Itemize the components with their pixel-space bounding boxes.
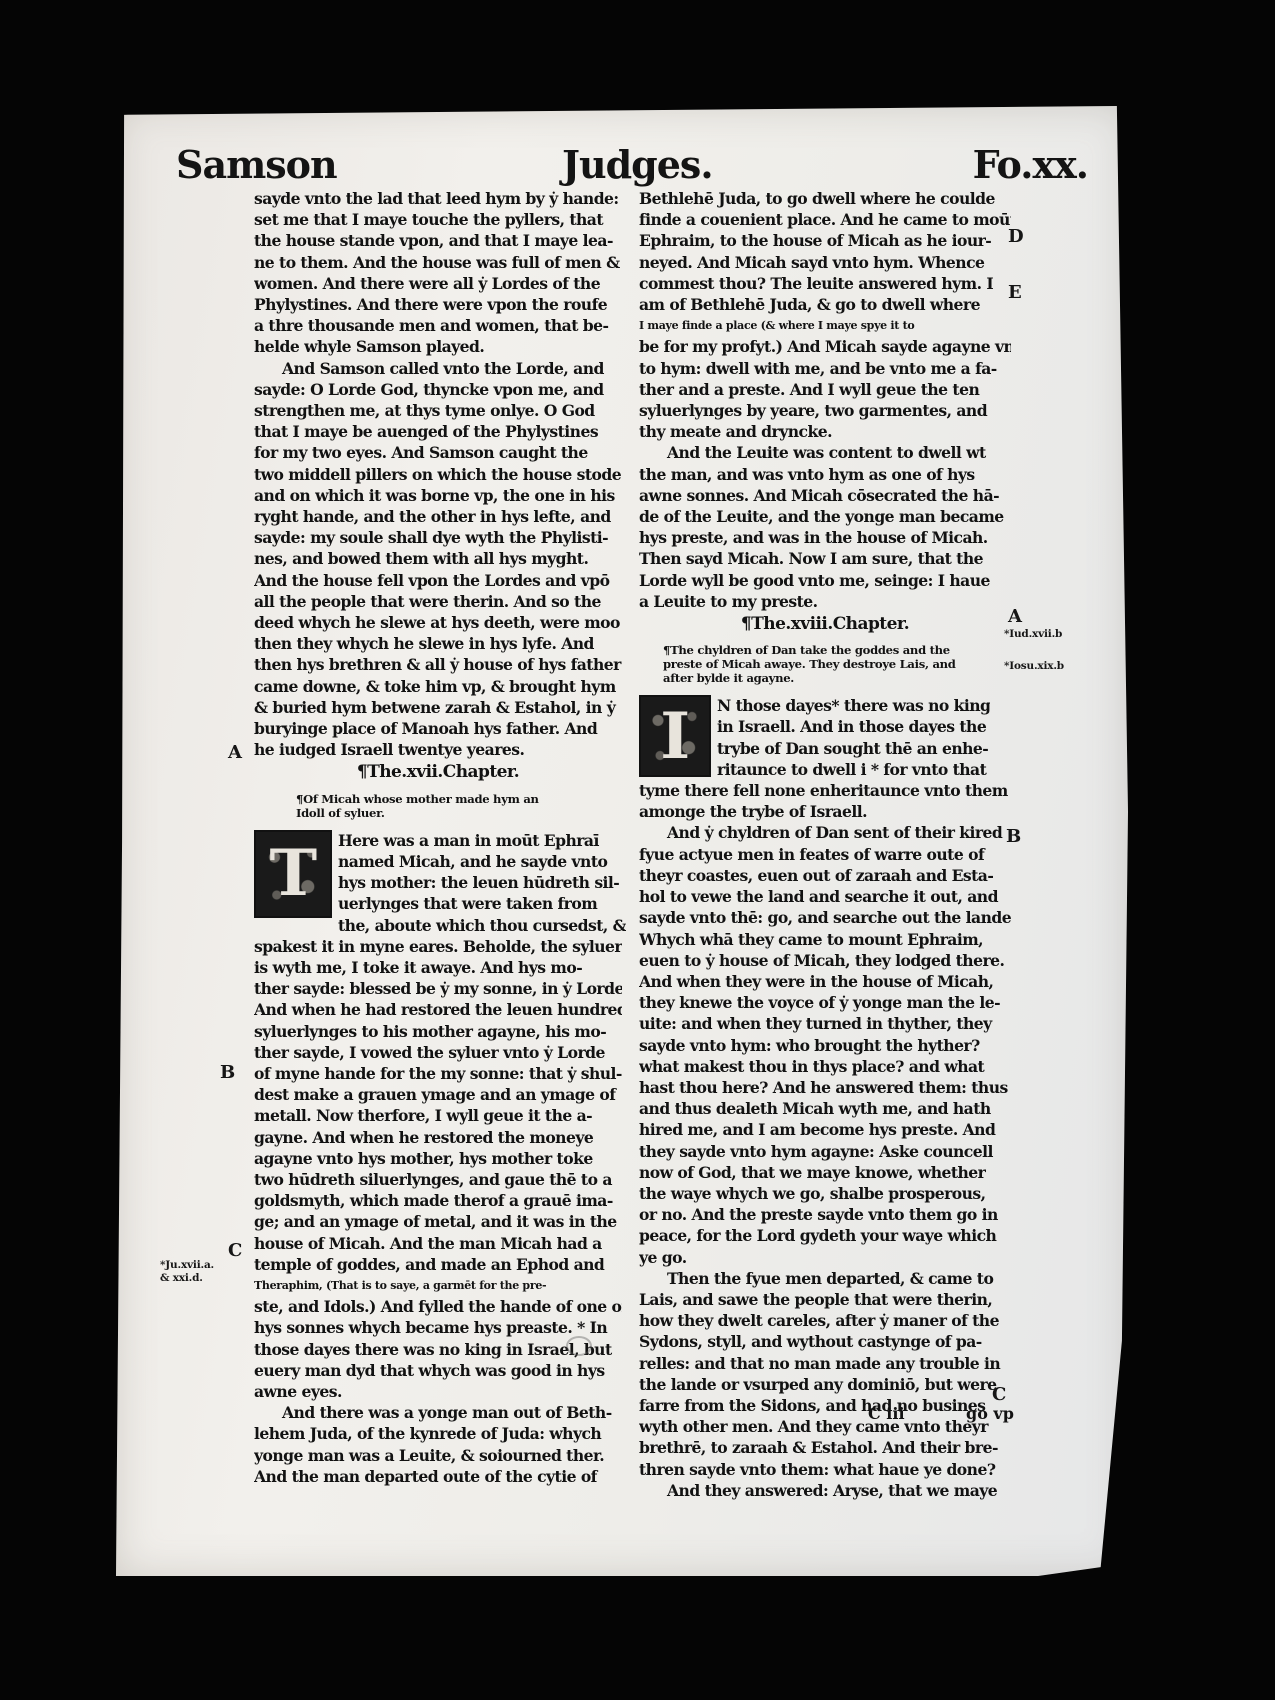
text-line: two middell pillers on which the house s… <box>254 464 622 485</box>
book-title: Judges. <box>562 142 713 187</box>
text-line: Here was a man in moūt Ephraī <box>338 830 626 851</box>
text-line: And they answered: Aryse, that we maye <box>639 1480 1011 1501</box>
text-line: hys sonnes whych became hys preaste. * I… <box>254 1317 622 1338</box>
text-line: And the house fell vpon the Lordes and v… <box>254 570 622 591</box>
text-line: sayde vnto thē: go, and searche out the … <box>639 907 1011 928</box>
text-line: now of God, that we maye knowe, whether <box>639 1162 1011 1183</box>
chapter-argument: ¶The chyldren of Dan take the goddes and… <box>639 643 1011 685</box>
dropcap-lines: N those dayes* there was no king in Isra… <box>717 695 990 780</box>
right-column: Bethlehē Juda, to go dwell where he coul… <box>639 188 1011 1501</box>
text-line: all the people that were therin. And so … <box>254 591 622 612</box>
text-line: Theraphim, (That is to saye, a garmēt fo… <box>254 1275 622 1296</box>
bible-leaf-page: Samson Judges. Fo.xx. sayde vnto the lad… <box>116 106 1128 1576</box>
text-line: ye go. <box>639 1247 1011 1268</box>
text-line: or no. And the preste sayde vnto them go… <box>639 1204 1011 1225</box>
text-line: & buried hym betwene zarah & Estahol, in… <box>254 697 622 718</box>
text-line: ge; and an ymage of metal, and it was in… <box>254 1211 622 1232</box>
text-line: thy meate and dryncke. <box>639 421 1011 442</box>
argument-line: ¶Of Micah whose mother made hym an <box>296 792 622 806</box>
text-line: And the Leuite was content to dwell wt <box>639 442 1011 463</box>
text-line: gayne. And when he restored the moneye <box>254 1127 622 1148</box>
text-line: Then the fyue men departed, & came to <box>639 1268 1011 1289</box>
text-line: the man, and was vnto hym as one of hys <box>639 464 1011 485</box>
text-line: Sydons, styll, and wythout castynge of p… <box>639 1331 1011 1352</box>
text-line: uite: and when they turned in thyther, t… <box>639 1013 1011 1034</box>
text-line: is wyth me, I toke it awaye. And hys mo- <box>254 957 622 978</box>
text-line: I maye finde a place (& where I maye spy… <box>639 315 1011 336</box>
argument-line: after bylde it agayne. <box>663 671 1011 685</box>
text-line: women. And there were all ẏ Lordes of th… <box>254 273 622 294</box>
text-line: ther sayde, I vowed the syluer vnto ẏ Lo… <box>254 1042 622 1063</box>
decorated-initial-icon: I <box>639 695 711 777</box>
text-line: that I maye be auenged of the Phylystine… <box>254 421 622 442</box>
text-line: neyed. And Micah sayd vnto hym. Whence <box>639 252 1011 273</box>
text-line: And the man departed oute of the cytie o… <box>254 1466 622 1487</box>
text-line: brethrē, to zaraah & Estahol. And their … <box>639 1437 1011 1458</box>
paragraph-five-men: And ẏ chyldren of Dan sent of their kire… <box>639 822 1011 1267</box>
margin-section-letter-a: A <box>228 742 242 763</box>
text-line: then hys brethren & all ẏ house of hys f… <box>254 654 622 675</box>
margin-section-letter-c: C <box>992 1384 1006 1405</box>
text-line: spakest it in myne eares. Beholde, the s… <box>254 936 622 957</box>
text-line: euery man dyd that whych was good in hys <box>254 1360 622 1381</box>
text-line: syluerlynges to his mother agayne, his m… <box>254 1021 622 1042</box>
paragraph-lais: Then the fyue men departed, & came to La… <box>639 1268 1011 1501</box>
text-line: fyue actyue men in feates of warre oute … <box>639 844 1011 865</box>
dropcap-paragraph: I N those dayes* there was no king in Is… <box>639 695 1011 780</box>
text-line: buryinge place of Manoah hys father. And <box>254 718 622 739</box>
text-line: of myne hande for the my sonne: that ẏ s… <box>254 1063 622 1084</box>
text-line: Phylystines. And there were vpon the rou… <box>254 294 622 315</box>
text-line: And there was a yonge man out of Beth- <box>254 1402 622 1423</box>
text-line: for my two eyes. And Samson caught the <box>254 442 622 463</box>
paragraph-levite-journey: Bethlehē Juda, to go dwell where he coul… <box>639 188 1011 442</box>
text-line: uerlynges that were taken from <box>338 893 626 914</box>
text-line: Whych whā they came to mount Ephraim, <box>639 929 1011 950</box>
left-column: sayde vnto the lad that leed hym by ẏ ha… <box>254 188 622 1487</box>
margin-section-letter-a: A <box>1008 606 1022 627</box>
margin-section-letter-c: C <box>228 1240 242 1261</box>
paragraph-samson-lad: sayde vnto the lad that leed hym by ẏ ha… <box>254 188 622 358</box>
text-line: farre from the Sidons, and had no busine… <box>639 1395 1011 1416</box>
text-line: euen to ẏ house of Micah, they lodged th… <box>639 950 1011 971</box>
margin-cross-reference: *Iosu.xix.b <box>1004 660 1064 673</box>
text-line: two hūdreth siluerlynges, and gaue thē t… <box>254 1169 622 1190</box>
text-line: the waye whych we go, shalbe prosperous, <box>639 1183 1011 1204</box>
text-line: agayne vnto hys mother, hys mother toke <box>254 1148 622 1169</box>
text-line: and on which it was borne vp, the one in… <box>254 485 622 506</box>
text-line: syluerlynges by yeare, two garmentes, an… <box>639 400 1011 421</box>
text-line: And when he had restored the leuen hundr… <box>254 999 622 1020</box>
margin-cross-reference: & xxi.d. <box>160 1272 203 1285</box>
signature-mark: C iii <box>868 1404 905 1423</box>
text-line: deed whych he slewe at hys deeth, were m… <box>254 612 622 633</box>
text-line: lehem Juda, of the kynrede of Juda: whyc… <box>254 1423 622 1444</box>
text-line: in Israell. And in those dayes the <box>717 716 990 737</box>
text-line: N those dayes* there was no king <box>717 695 990 716</box>
text-line: how they dwelt careles, after ẏ maner of… <box>639 1310 1011 1331</box>
chapter-argument: ¶Of Micah whose mother made hym an Idoll… <box>254 792 622 820</box>
text-line: sayde vnto the lad that leed hym by ẏ ha… <box>254 188 622 209</box>
text-line: And Samson called vnto the Lorde, and <box>254 358 622 379</box>
text-line: Lais, and sawe the people that were ther… <box>639 1289 1011 1310</box>
text-line: hired me, and I am become hys preste. An… <box>639 1119 1011 1140</box>
text-line: came downe, & toke him vp, & brought hym <box>254 676 622 697</box>
paragraph-levite-content: And the Leuite was content to dwell wt t… <box>639 442 1011 612</box>
text-line: yonge man was a Leuite, & soiourned ther… <box>254 1445 622 1466</box>
text-line: hast thou here? And he answered them: th… <box>639 1077 1011 1098</box>
text-line: they sayde vnto hym agayne: Aske councel… <box>639 1141 1011 1162</box>
text-line: relles: and that no man made any trouble… <box>639 1353 1011 1374</box>
margin-cross-reference: *Iud.xvii.b <box>1004 628 1062 641</box>
text-line: thren sayde vnto them: what haue ye done… <box>639 1459 1011 1480</box>
text-line: de of the Leuite, and the yonge man beca… <box>639 506 1011 527</box>
text-line: be for my profyt.) And Micah sayde agayn… <box>639 336 1011 357</box>
dropcap-paragraph: T Here was a man in moūt Ephraī named Mi… <box>254 830 622 936</box>
argument-line: preste of Micah awaye. They destroye Lai… <box>663 657 1011 671</box>
catchword: go vp <box>966 1404 1014 1423</box>
argument-line: Idoll of syluer. <box>296 806 622 820</box>
paragraph-micah: spakest it in myne eares. Beholde, the s… <box>254 936 622 1402</box>
text-line: goldsmyth, which made therof a grauē ima… <box>254 1190 622 1211</box>
text-line: sayde: O Lorde God, thyncke vpon me, and <box>254 379 622 400</box>
text-line: Bethlehē Juda, to go dwell where he coul… <box>639 188 1011 209</box>
text-line: house of Micah. And the man Micah had a <box>254 1233 622 1254</box>
text-line: Ephraim, to the house of Micah as he iou… <box>639 230 1011 251</box>
paragraph-dan-tribe: tyme there fell none enheritaunce vnto t… <box>639 780 1011 822</box>
text-line: they knewe the voyce of ẏ yonge man the … <box>639 992 1011 1013</box>
margin-section-letter-b: B <box>1006 826 1021 847</box>
running-head: Samson Judges. Fo.xx. <box>116 142 1128 192</box>
text-line: ste, and Idols.) And fylled the hande of… <box>254 1296 622 1317</box>
text-line: a Leuite to my preste. <box>639 591 1011 612</box>
paragraph-young-levite: And there was a yonge man out of Beth- l… <box>254 1402 622 1487</box>
dropcap-lines: Here was a man in moūt Ephraī named Mica… <box>338 830 626 936</box>
text-line: peace, for the Lord gydeth your waye whi… <box>639 1225 1011 1246</box>
ink-smudge <box>566 1336 592 1356</box>
text-line: he iudged Israell twentye yeares. <box>254 739 622 760</box>
folio-number: Fo.xx. <box>973 142 1088 187</box>
text-line: theyr coastes, euen out of zaraah and Es… <box>639 865 1011 886</box>
text-line: the house stande vpon, and that I maye l… <box>254 230 622 251</box>
argument-line: ¶The chyldren of Dan take the goddes and… <box>663 643 1011 657</box>
text-line: sayde vnto hym: who brought the hyther? <box>639 1035 1011 1056</box>
text-line: helde whyle Samson played. <box>254 336 622 357</box>
chapter-heading-xviii: ¶The.xviii.Chapter. <box>639 614 1011 635</box>
text-line: ther and a preste. And I wyll geue the t… <box>639 379 1011 400</box>
text-line: Lorde wyll be good vnto me, seinge: I ha… <box>639 570 1011 591</box>
text-line: a thre thousande men and women, that be- <box>254 315 622 336</box>
text-line: metall. Now therfore, I wyll geue it the… <box>254 1105 622 1126</box>
running-head-left: Samson <box>176 142 337 187</box>
text-line: And ẏ chyldren of Dan sent of their kire… <box>639 822 1011 843</box>
text-line: hys mother: the leuen hūdreth sil- <box>338 872 626 893</box>
text-line: the, aboute which thou cursedst, & <box>338 915 626 936</box>
text-line: ther sayde: blessed be ẏ my sonne, in ẏ … <box>254 978 622 999</box>
text-line: hol to vewe the land and searche it out,… <box>639 886 1011 907</box>
text-line: what makest thou in thys place? and what <box>639 1056 1011 1077</box>
chapter-heading-xvii: ¶The.xvii.Chapter. <box>254 762 622 783</box>
text-line: Then sayd Micah. Now I am sure, that the <box>639 548 1011 569</box>
text-line: ritaunce to dwell i * for vnto that <box>717 759 990 780</box>
text-line: ryght hande, and the other in hys lefte,… <box>254 506 622 527</box>
margin-section-letter-d: D <box>1008 226 1024 247</box>
text-line: awne sonnes. And Micah cōsecrated the hā… <box>639 485 1011 506</box>
margin-section-letter-e: E <box>1008 282 1022 303</box>
margin-cross-reference: *Ju.xvii.a. <box>160 1259 214 1272</box>
text-line: nes, and bowed them with all hys myght. <box>254 548 622 569</box>
text-line: amonge the trybe of Israell. <box>639 801 1011 822</box>
text-line: wyth other men. And they came vnto theyr <box>639 1416 1011 1437</box>
text-line: trybe of Dan sought thē an enhe- <box>717 738 990 759</box>
paragraph-samson-prayer: And Samson called vnto the Lorde, and sa… <box>254 358 622 761</box>
text-line: then they whych he slewe in hys lyfe. An… <box>254 633 622 654</box>
decorated-initial-icon: T <box>254 830 332 918</box>
text-line: dest make a grauen ymage and an ymage of <box>254 1084 622 1105</box>
text-line: sayde: my soule shall dye wyth the Phyli… <box>254 527 622 548</box>
text-line: And when they were in the house of Micah… <box>639 971 1011 992</box>
text-line: set me that I maye touche the pyllers, t… <box>254 209 622 230</box>
text-line: temple of goddes, and made an Ephod and <box>254 1254 622 1275</box>
text-line: finde a couenient place. And he came to … <box>639 209 1011 230</box>
text-line: to hym: dwell with me, and be vnto me a … <box>639 358 1011 379</box>
text-line: ne to them. And the house was full of me… <box>254 252 622 273</box>
text-line: tyme there fell none enheritaunce vnto t… <box>639 780 1011 801</box>
text-line: hys preste, and was in the house of Mica… <box>639 527 1011 548</box>
text-line: commest thou? The leuite answered hym. I <box>639 273 1011 294</box>
text-line: strengthen me, at thys tyme onlye. O God <box>254 400 622 421</box>
text-line: am of Bethlehē Juda, & go to dwell where <box>639 294 1011 315</box>
margin-section-letter-b: B <box>220 1062 235 1083</box>
text-line: the lande or vsurped any dominiō, but we… <box>639 1374 1011 1395</box>
text-line: named Micah, and he sayde vnto <box>338 851 626 872</box>
text-line: and thus dealeth Micah wyth me, and hath <box>639 1098 1011 1119</box>
text-line: awne eyes. <box>254 1381 622 1402</box>
